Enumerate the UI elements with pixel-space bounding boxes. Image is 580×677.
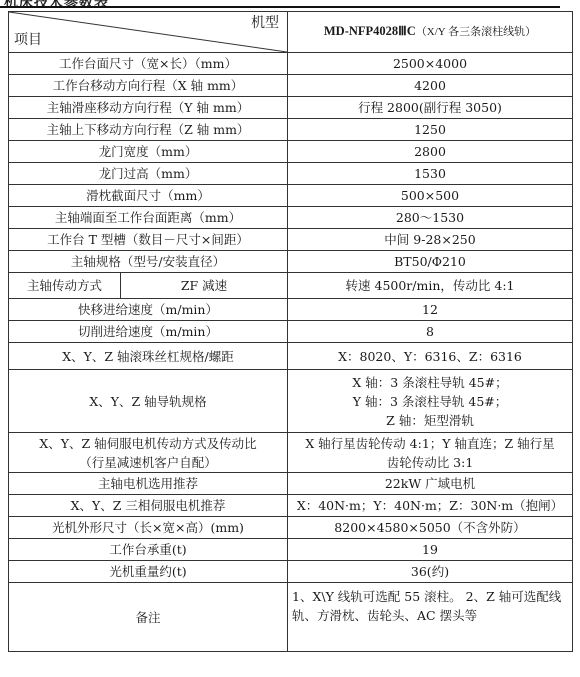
value-cell: 2800	[288, 141, 573, 163]
remarks-value-cell: 1、X\Y 线轨可选配 55 滚柱。 2、Z 轴可选配线轨、方滑枕、齿轮头、AC…	[288, 583, 573, 652]
item-cell: X、Y、Z 轴伺服电机传动方式及传动比 （行星减速机客户自配）	[9, 433, 288, 473]
item-cell: 工作台面尺寸（宽×长）（mm）	[9, 53, 288, 75]
value-line: X 轴：3 条滚柱导轨 45#；	[290, 373, 570, 392]
item-cell: 快移进给速度（m/min）	[9, 299, 288, 321]
value-cell: X 轴行星齿轮传动 4:1；Y 轴直连；Z 轴行星 齿轮传动比 3:1	[288, 433, 573, 473]
value-cell: 36(约)	[288, 561, 573, 583]
servo-drive-row: X、Y、Z 轴伺服电机传动方式及传动比 （行星减速机客户自配） X 轴行星齿轮传…	[9, 433, 573, 473]
value-cell: X：8020、Y：6316、Z：6316	[288, 343, 573, 370]
table-row: 光机外形尺寸（长×宽×高）(mm)8200×4580×5050（不含外防）	[9, 517, 573, 539]
table-row: 主轴滑座移动方向行程（Y 轴 mm）行程 2800(副行程 3050)	[9, 97, 573, 119]
remarks-row: 备注 1、X\Y 线轨可选配 55 滚柱。 2、Z 轴可选配线轨、方滑枕、齿轮头…	[9, 583, 573, 652]
table-row: 龙门过高（mm）1530	[9, 163, 573, 185]
value-cell: 4200	[288, 75, 573, 97]
table-row: 工作台承重(t)19	[9, 539, 573, 561]
value-cell: 8200×4580×5050（不含外防）	[288, 517, 573, 539]
table-row: 快移进给速度（m/min）12	[9, 299, 573, 321]
table-row: 主轴电机选用推荐22kW 广域电机	[9, 473, 573, 495]
item-cell: 光机外形尺寸（长×宽×高）(mm)	[9, 517, 288, 539]
value-cell: X：40N·m；Y：40N·m；Z：30N·m（抱闸）	[288, 495, 573, 517]
value-cell: 1250	[288, 119, 573, 141]
model-column-label: 机型	[251, 14, 279, 33]
table-row: 龙门宽度（mm）2800	[9, 141, 573, 163]
value-line: Z 轴：矩型滑轨	[290, 411, 570, 430]
item-line: （行星减速机客户自配）	[11, 453, 285, 472]
header-row: 机型 项目 MD-NFP4028ⅢC（X/Y 各三条滚柱线轨）	[9, 12, 573, 53]
value-cell: 1530	[288, 163, 573, 185]
item-cell: 工作台 T 型槽（数目－尺寸×间距）	[9, 229, 288, 251]
table-row: 工作台移动方向行程（X 轴 mm）4200	[9, 75, 573, 97]
item-cell: X、Y、Z 轴导轨规格	[9, 370, 288, 433]
value-cell: 19	[288, 539, 573, 561]
guide-rail-row: X、Y、Z 轴导轨规格 X 轴：3 条滚柱导轨 45#； Y 轴：3 条滚柱导轨…	[9, 370, 573, 433]
spec-table: 机型 项目 MD-NFP4028ⅢC（X/Y 各三条滚柱线轨） 工作台面尺寸（宽…	[8, 11, 573, 652]
heading-rule	[0, 6, 560, 8]
table-row: 主轴规格（型号/安装直径）BT50/Φ210	[9, 251, 573, 273]
item-cell: 光机重量约(t)	[9, 561, 288, 583]
value-cell: 8	[288, 321, 573, 343]
diagonal-line	[9, 12, 287, 52]
model-header-cell: MD-NFP4028ⅢC（X/Y 各三条滚柱线轨）	[288, 12, 573, 53]
item-cell: 主轴传动方式	[9, 273, 121, 299]
item-cell: 龙门过高（mm）	[9, 163, 288, 185]
page-heading-cut: 机床技术参数表	[0, 0, 560, 8]
table-row: 切削进给速度（m/min）8	[9, 321, 573, 343]
item-cell: 主轴规格（型号/安装直径）	[9, 251, 288, 273]
value-line: 齿轮传动比 3:1	[290, 453, 570, 472]
item-line: X、Y、Z 轴伺服电机传动方式及传动比	[11, 434, 285, 453]
table-row: X、Y、Z 轴滚珠丝杠规格/螺距X：8020、Y：6316、Z：6316	[9, 343, 573, 370]
table-row: 主轴端面至工作台面距离（mm）280～1530	[9, 207, 573, 229]
value-cell: 中间 9-28×250	[288, 229, 573, 251]
item-cell: 主轴端面至工作台面距离（mm）	[9, 207, 288, 229]
value-cell: X 轴：3 条滚柱导轨 45#； Y 轴：3 条滚柱导轨 45#； Z 轴：矩型…	[288, 370, 573, 433]
model-name: MD-NFP4028ⅢC	[324, 24, 416, 38]
spindle-drive-row: 主轴传动方式 ZF 减速 转速 4500r/min，传动比 4:1	[9, 273, 573, 299]
value-cell: 2500×4000	[288, 53, 573, 75]
item-cell: 滑枕截面尺寸（mm）	[9, 185, 288, 207]
item-cell: 备注	[9, 583, 288, 652]
item-column-label: 项目	[14, 31, 42, 50]
sub-item-cell: ZF 减速	[121, 273, 288, 299]
item-cell: 切削进给速度（m/min）	[9, 321, 288, 343]
value-cell: 22kW 广域电机	[288, 473, 573, 495]
item-cell: X、Y、Z 三相伺服电机推荐	[9, 495, 288, 517]
diagonal-header-cell: 机型 项目	[9, 12, 288, 53]
table-row: 滑枕截面尺寸（mm）500×500	[9, 185, 573, 207]
value-cell: 行程 2800(副行程 3050)	[288, 97, 573, 119]
table-row: 主轴上下移动方向行程（Z 轴 mm）1250	[9, 119, 573, 141]
item-cell: 主轴电机选用推荐	[9, 473, 288, 495]
item-cell: 龙门宽度（mm）	[9, 141, 288, 163]
table-row: X、Y、Z 三相伺服电机推荐X：40N·m；Y：40N·m；Z：30N·m（抱闸…	[9, 495, 573, 517]
item-cell: 工作台承重(t)	[9, 539, 288, 561]
table-row: 光机重量约(t)36(约)	[9, 561, 573, 583]
value-line: X 轴行星齿轮传动 4:1；Y 轴直连；Z 轴行星	[290, 434, 570, 453]
model-suffix: （X/Y 各三条滚柱线轨）	[416, 26, 536, 38]
value-cell: 转速 4500r/min，传动比 4:1	[288, 273, 573, 299]
item-cell: 主轴滑座移动方向行程（Y 轴 mm）	[9, 97, 288, 119]
item-cell: 主轴上下移动方向行程（Z 轴 mm）	[9, 119, 288, 141]
value-cell: BT50/Φ210	[288, 251, 573, 273]
table-row: 工作台 T 型槽（数目－尺寸×间距）中间 9-28×250	[9, 229, 573, 251]
item-cell: X、Y、Z 轴滚珠丝杠规格/螺距	[9, 343, 288, 370]
value-cell: 12	[288, 299, 573, 321]
item-cell: 工作台移动方向行程（X 轴 mm）	[9, 75, 288, 97]
table-row: 工作台面尺寸（宽×长）（mm）2500×4000	[9, 53, 573, 75]
value-cell: 500×500	[288, 185, 573, 207]
value-cell: 280～1530	[288, 207, 573, 229]
value-line: Y 轴：3 条滚柱导轨 45#；	[290, 392, 570, 411]
